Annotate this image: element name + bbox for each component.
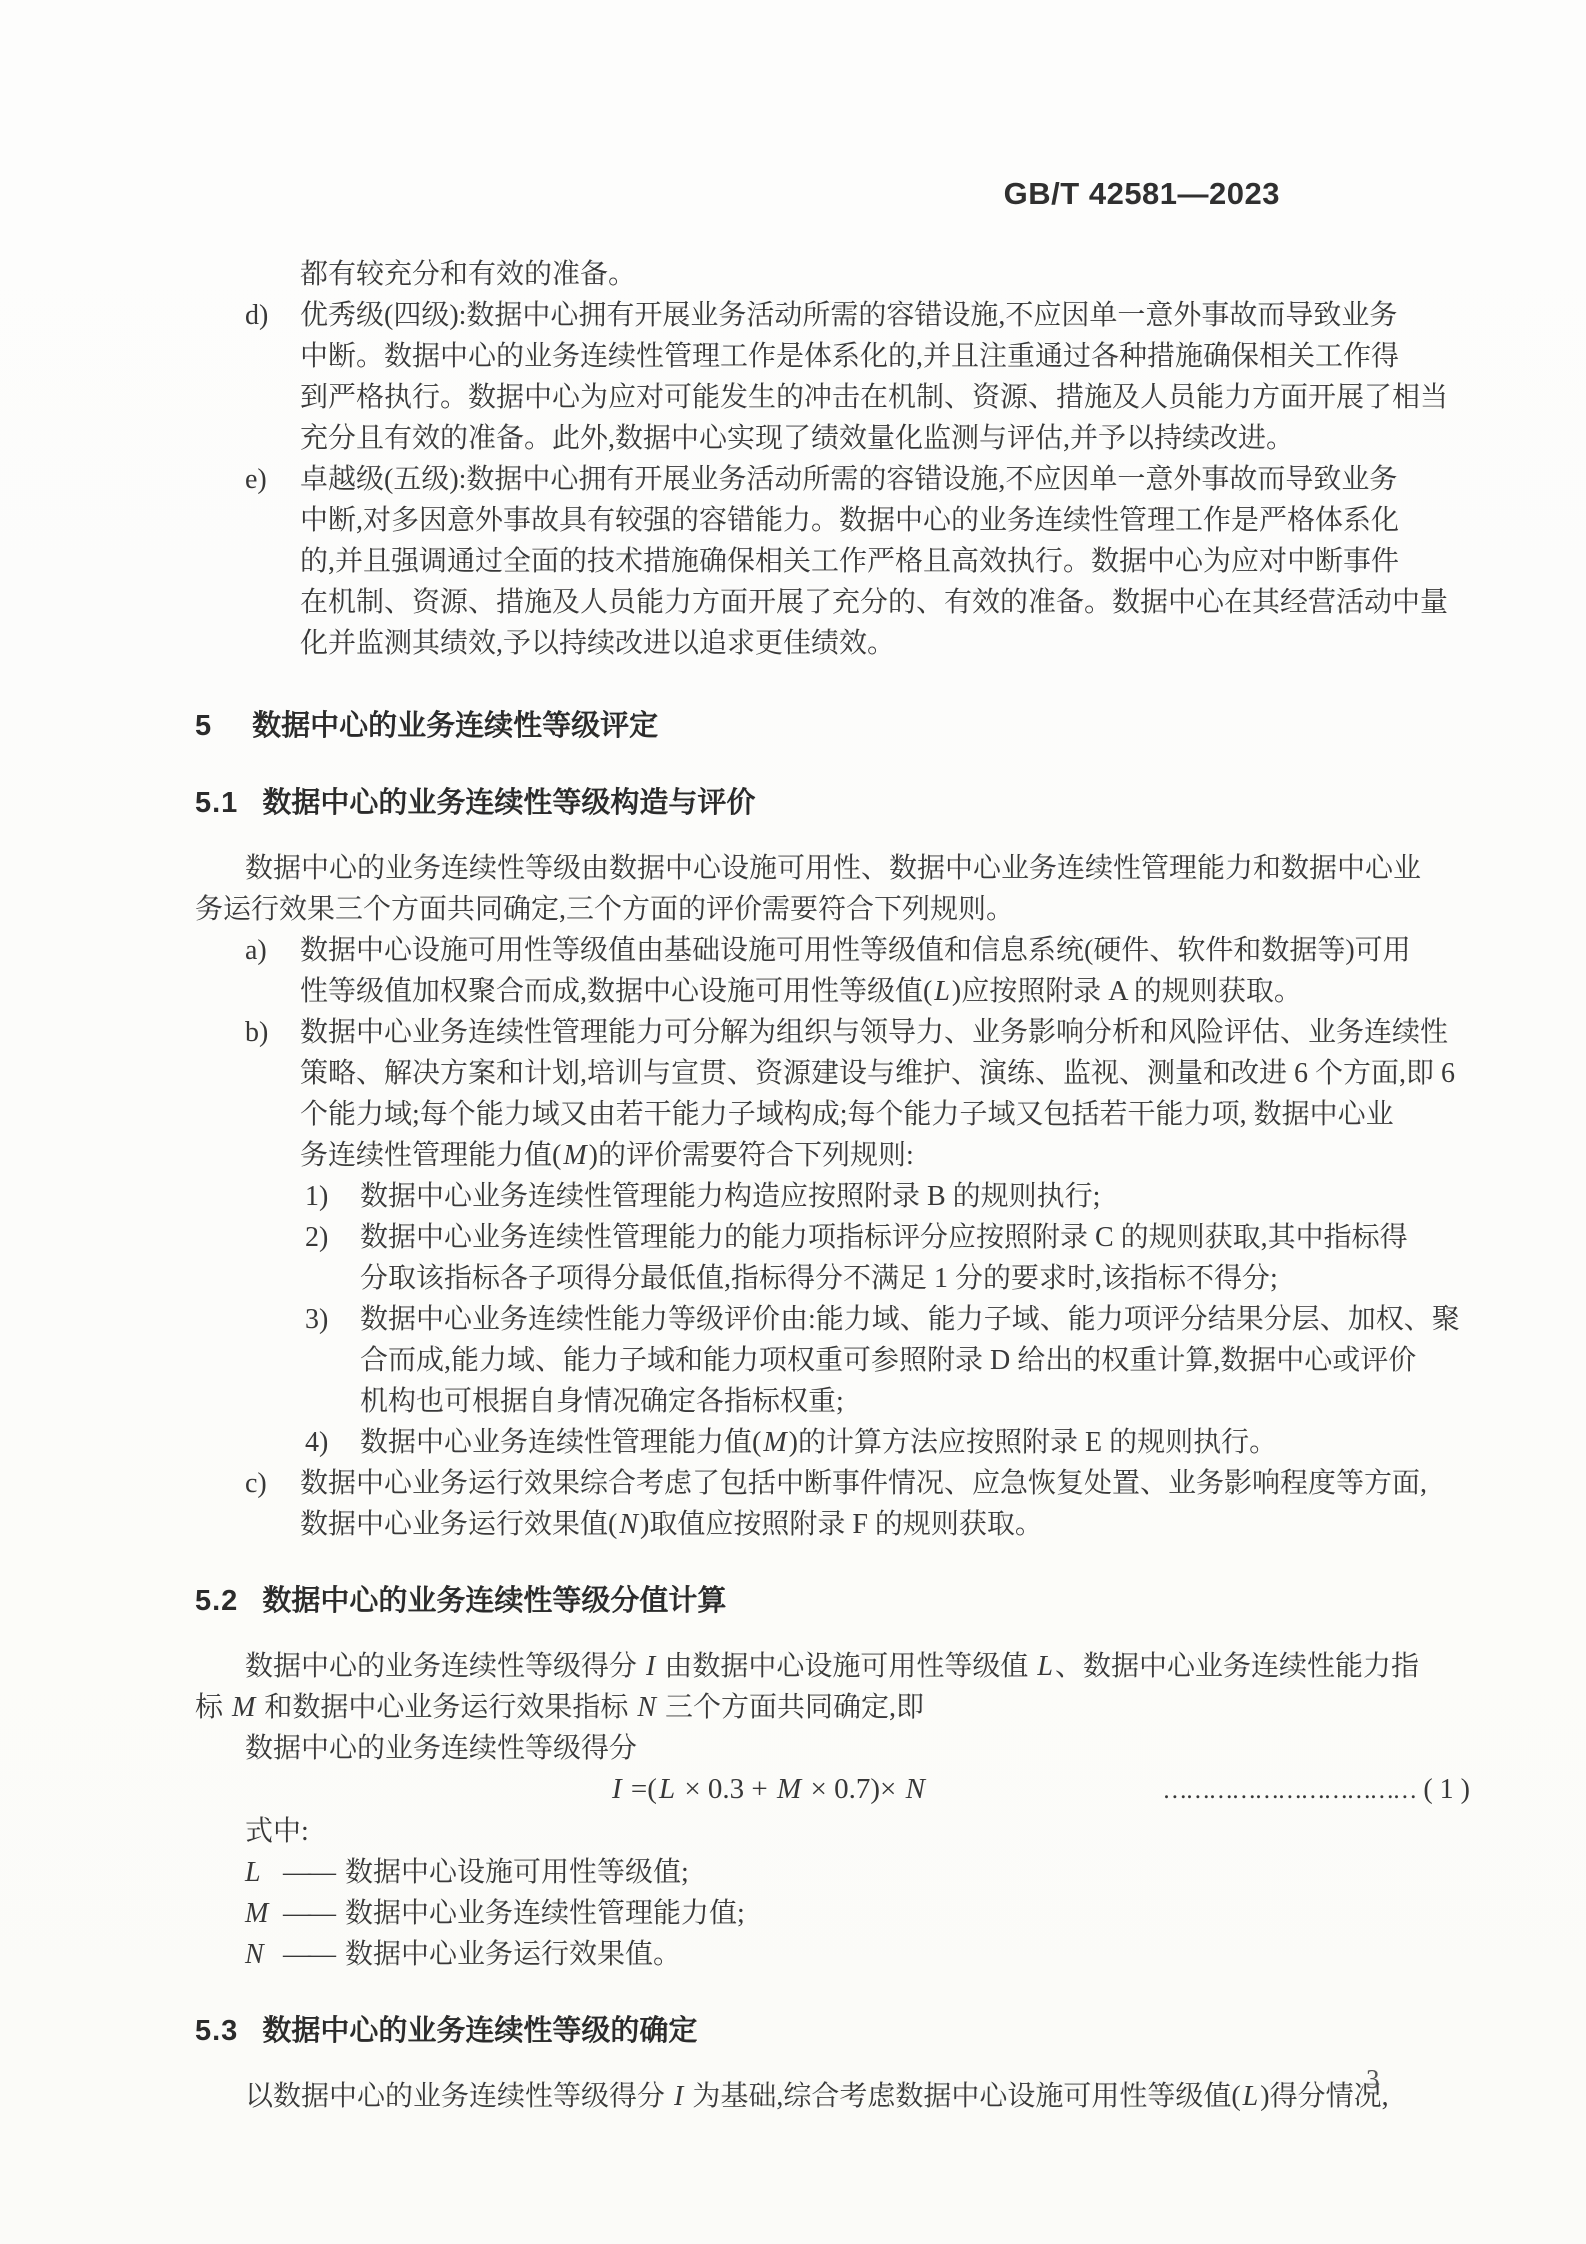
definition-description: 数据中心业务运行效果值。 [345, 1939, 681, 1970]
formula-number: ( 1 ) [1423, 1774, 1470, 1805]
indented-line: 式中: [195, 1811, 1470, 1852]
heading-number: 5.3 [195, 2015, 238, 2047]
text-line: 优秀级(四级):数据中心拥有开展业务活动所需的容错设施,不应因单一意外事故而导致… [300, 295, 1470, 336]
subsection-heading: 5.3数据中心的业务连续性等级的确定 [195, 2011, 1470, 2052]
document-body: 都有较充分和有效的准备。d)优秀级(四级):数据中心拥有开展业务活动所需的容错设… [195, 254, 1470, 2117]
text-line: 数据中心的业务连续性等级得分 I 由数据中心设施可用性等级值 L、数据中心业务连… [195, 1646, 1470, 1687]
text-line: 数据中心业务连续性能力等级评价由:能力域、能力子域、能力项评分结果分层、加权、聚 [360, 1299, 1470, 1340]
heading-number: 5.2 [195, 1585, 238, 1617]
list-item: 1)数据中心业务连续性管理能力构造应按照附录 B 的规则执行; [195, 1176, 1470, 1217]
text-line: 都有较充分和有效的准备。 [300, 254, 1470, 295]
definition-description: 数据中心设施可用性等级值; [345, 1857, 689, 1888]
text-line: 分取该指标各子项得分最低值,指标得分不满足 1 分的要求时,该指标不得分; [360, 1258, 1470, 1299]
text-line: 策略、解决方案和计划,培训与宣贯、资源建设与维护、演练、监视、测量和改进 6 个… [300, 1053, 1470, 1094]
text-line: 中断,对多因意外事故具有较强的容错能力。数据中心的业务连续性管理工作是严格体系化 [300, 500, 1470, 541]
text-line: 卓越级(五级):数据中心拥有开展业务活动所需的容错设施,不应因单一意外事故而导致… [300, 459, 1470, 500]
continuation-text: 都有较充分和有效的准备。 [195, 254, 1470, 295]
text-line: 数据中心业务连续性管理能力的能力项指标评分应按照附录 C 的规则获取,其中指标得 [360, 1217, 1470, 1258]
text-line: 务连续性管理能力值(M)的评价需要符合下列规则: [300, 1135, 1470, 1176]
heading-title: 数据中心的业务连续性等级评定 [252, 710, 658, 742]
list-marker: d) [245, 295, 268, 336]
text-line: 的,并且强调通过全面的技术措施确保相关工作严格且高效执行。数据中心为应对中断事件 [300, 541, 1470, 582]
text-line: 性等级值加权聚合而成,数据中心设施可用性等级值(L)应按照附录 A 的规则获取。 [300, 971, 1470, 1012]
text-line: 在机制、资源、措施及人员能力方面开展了充分的、有效的准备。数据中心在其经营活动中… [300, 582, 1470, 623]
definition-term: M [245, 1893, 283, 1934]
list-marker: 3) [305, 1299, 328, 1340]
paragraph: 以数据中心的业务连续性等级得分 I 为基础,综合考虑数据中心设施可用性等级值(L… [195, 2076, 1470, 2117]
list-item: e)卓越级(五级):数据中心拥有开展业务活动所需的容错设施,不应因单一意外事故而… [195, 459, 1470, 664]
leader-dots: …………………………… [1162, 1777, 1415, 1804]
variable: I [644, 1651, 657, 1682]
text-line: 数据中心的业务连续性等级由数据中心设施可用性、数据中心业务连续性管理能力和数据中… [195, 848, 1470, 889]
page-number: 3 [1366, 2064, 1380, 2095]
text-line: 个能力域;每个能力域又由若干能力子域构成;每个能力子域又包括若干能力项, 数据中… [300, 1094, 1470, 1135]
variable: L [657, 1773, 677, 1805]
variable: N [904, 1773, 927, 1805]
list-item: 4)数据中心业务连续性管理能力值(M)的计算方法应按照附录 E 的规则执行。 [195, 1422, 1470, 1463]
text-line: 数据中心设施可用性等级值由基础设施可用性等级值和信息系统(硬件、软件和数据等)可… [300, 930, 1470, 971]
variable: L [1035, 1651, 1055, 1682]
list-marker: b) [245, 1012, 268, 1053]
text-line: 化并监测其绩效,予以持续改进以追求更佳绩效。 [300, 623, 1470, 664]
indented-line: 数据中心的业务连续性等级得分 [195, 1728, 1470, 1769]
variable: M [230, 1692, 257, 1723]
list-item: 3)数据中心业务连续性能力等级评价由:能力域、能力子域、能力项评分结果分层、加权… [195, 1299, 1470, 1422]
list-item: d)优秀级(四级):数据中心拥有开展业务活动所需的容错设施,不应因单一意外事故而… [195, 295, 1470, 459]
variable: M [775, 1773, 803, 1805]
list-item: 2)数据中心业务连续性管理能力的能力项指标评分应按照附录 C 的规则获取,其中指… [195, 1217, 1470, 1299]
formula: I =(L × 0.3 + M × 0.7)× N……………………………( 1 … [195, 1769, 1470, 1811]
formula-leader: ……………………………( 1 ) [927, 1769, 1470, 1811]
list-marker: 4) [305, 1422, 328, 1463]
heading-number: 5 [195, 710, 212, 742]
text-line: 标 M 和数据中心业务运行效果指标 N 三个方面共同确定,即 [195, 1687, 1470, 1728]
list-item: a)数据中心设施可用性等级值由基础设施可用性等级值和信息系统(硬件、软件和数据等… [195, 930, 1470, 1012]
text-line: 合而成,能力域、能力子域和能力项权重可参照附录 D 给出的权重计算,数据中心或评… [360, 1340, 1470, 1381]
definition-description: 数据中心业务连续性管理能力值; [345, 1898, 745, 1929]
standard-code-header: GB/T 42581—2023 [0, 176, 1280, 212]
definition-item: N——数据中心业务运行效果值。 [195, 1934, 1470, 1975]
variable: N [617, 1509, 640, 1540]
heading-title: 数据中心的业务连续性等级分值计算 [262, 1585, 726, 1617]
variable: L [932, 976, 952, 1007]
heading-number: 5.1 [195, 787, 238, 819]
list-marker: e) [245, 459, 267, 500]
definition-term: N [245, 1934, 283, 1975]
subsection-heading: 5.2数据中心的业务连续性等级分值计算 [195, 1581, 1470, 1622]
list-marker: a) [245, 930, 267, 971]
variable: M [561, 1140, 588, 1171]
text-line: 数据中心业务连续性管理能力值(M)的计算方法应按照附录 E 的规则执行。 [360, 1422, 1470, 1463]
list-item: c)数据中心业务运行效果综合考虑了包括中断事件情况、应急恢复处置、业务影响程度等… [195, 1463, 1470, 1545]
list-marker: 1) [305, 1176, 328, 1217]
heading-title: 数据中心的业务连续性等级构造与评价 [262, 787, 755, 819]
list-item: b)数据中心业务连续性管理能力可分解为组织与领导力、业务影响分析和风险评估、业务… [195, 1012, 1470, 1176]
text-line: 务运行效果三个方面共同确定,三个方面的评价需要符合下列规则。 [195, 889, 1470, 930]
definition-dash: —— [283, 1939, 333, 1970]
paragraph: 数据中心的业务连续性等级得分 I 由数据中心设施可用性等级值 L、数据中心业务连… [195, 1646, 1470, 1728]
document-page: GB/T 42581—2023 都有较充分和有效的准备。d)优秀级(四级):数据… [0, 0, 1586, 2244]
text-line: 数据中心业务连续性管理能力可分解为组织与领导力、业务影响分析和风险评估、业务连续… [300, 1012, 1470, 1053]
list-marker: c) [245, 1463, 267, 1504]
definition-dash: —— [283, 1857, 333, 1888]
list-marker: 2) [305, 1217, 328, 1258]
formula-expression: I =(L × 0.3 + M × 0.7)× N [610, 1769, 927, 1810]
text-line: 数据中心业务运行效果值(N)取值应按照附录 F 的规则获取。 [300, 1504, 1470, 1545]
variable: L [1241, 2081, 1261, 2112]
variable: M [761, 1427, 788, 1458]
section-heading: 5数据中心的业务连续性等级评定 [195, 706, 1470, 747]
paragraph: 数据中心的业务连续性等级由数据中心设施可用性、数据中心业务连续性管理能力和数据中… [195, 848, 1470, 930]
text-line: 中断。数据中心的业务连续性管理工作是体系化的,并且注重通过各种措施确保相关工作得 [300, 336, 1470, 377]
variable: I [672, 2081, 685, 2112]
heading-title: 数据中心的业务连续性等级的确定 [262, 2015, 697, 2047]
definition-item: L——数据中心设施可用性等级值; [195, 1852, 1470, 1893]
subsection-heading: 5.1数据中心的业务连续性等级构造与评价 [195, 783, 1470, 824]
text-line: 充分且有效的准备。此外,数据中心实现了绩效量化监测与评估,并予以持续改进。 [300, 418, 1470, 459]
variable: I [610, 1773, 624, 1805]
variable: N [635, 1692, 658, 1723]
text-line: 以数据中心的业务连续性等级得分 I 为基础,综合考虑数据中心设施可用性等级值(L… [195, 2076, 1470, 2117]
text-line: 数据中心业务运行效果综合考虑了包括中断事件情况、应急恢复处置、业务影响程度等方面… [300, 1463, 1470, 1504]
text-line: 数据中心业务连续性管理能力构造应按照附录 B 的规则执行; [360, 1176, 1470, 1217]
definition-term: L [245, 1852, 283, 1893]
text-line: 到严格执行。数据中心为应对可能发生的冲击在机制、资源、措施及人员能力方面开展了相… [300, 377, 1470, 418]
definition-item: M——数据中心业务连续性管理能力值; [195, 1893, 1470, 1934]
definition-dash: —— [283, 1898, 333, 1929]
text-line: 机构也可根据自身情况确定各指标权重; [360, 1381, 1470, 1422]
